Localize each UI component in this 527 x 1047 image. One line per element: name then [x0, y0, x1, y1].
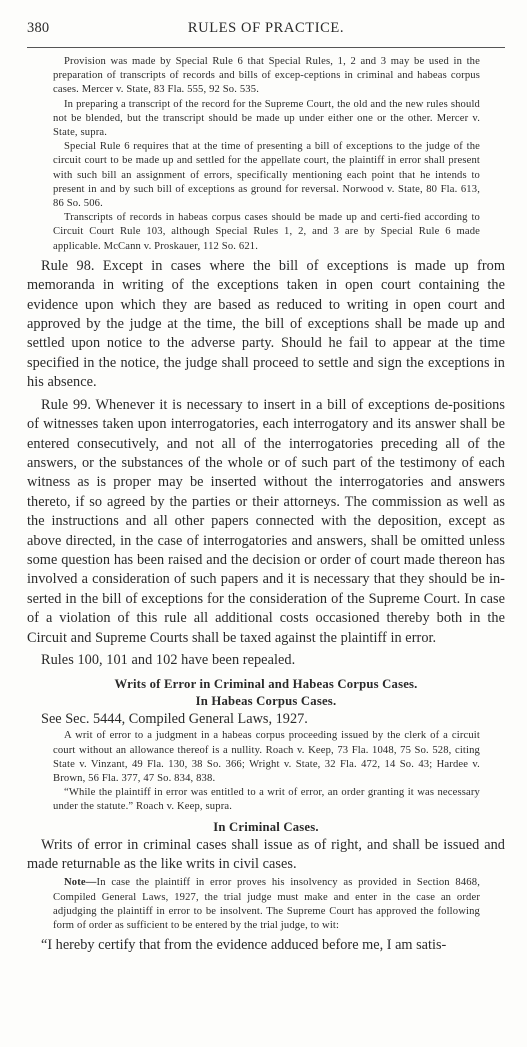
annotation: Provision was made by Special Rule 6 tha… — [53, 55, 480, 98]
habeas-annotations: A writ of error to a judgment in a habea… — [53, 729, 480, 814]
annotation: “While the plaintiff in error was entitl… — [53, 786, 480, 814]
annotations-top: Provision was made by Special Rule 6 tha… — [53, 55, 480, 254]
form-start: “I hereby certify that from the evidence… — [27, 936, 505, 955]
rule-99: Rule 99. Whenever it is necessary to ins… — [27, 396, 505, 648]
annotation: A writ of error to a judgment in a habea… — [53, 729, 480, 786]
note-paragraph: Note—In case the plaintiff in error prov… — [53, 876, 480, 933]
section-heading: Writs of Error in Criminal and Habeas Co… — [27, 676, 505, 693]
insolvency-note: Note—In case the plaintiff in error prov… — [53, 876, 480, 933]
note-text: In case the plaintiff in error proves hi… — [53, 877, 480, 931]
see-reference: See Sec. 5444, Compiled General Laws, 19… — [27, 710, 505, 729]
rule-98: Rule 98. Except in cases where the bill … — [27, 257, 505, 393]
subheading-habeas: In Habeas Corpus Cases. — [27, 693, 505, 710]
annotation: Special Rule 6 requires that at the time… — [53, 140, 480, 211]
header-rule — [27, 47, 505, 48]
rules-repealed: Rules 100, 101 and 102 have been repeale… — [27, 651, 505, 670]
subheading-criminal: In Criminal Cases. — [27, 819, 505, 836]
criminal-text: Writs of error in criminal cases shall i… — [27, 836, 505, 875]
running-title: RULES OF PRACTICE. — [27, 20, 505, 37]
document-page: 380 RULES OF PRACTICE. Provision was mad… — [0, 0, 527, 1047]
annotation: Transcripts of records in habeas corpus … — [53, 211, 480, 254]
annotation: In preparing a transcript of the record … — [53, 98, 480, 141]
note-label: Note— — [64, 877, 97, 888]
page-header: 380 RULES OF PRACTICE. — [27, 20, 505, 40]
page-content: Provision was made by Special Rule 6 tha… — [27, 55, 505, 956]
